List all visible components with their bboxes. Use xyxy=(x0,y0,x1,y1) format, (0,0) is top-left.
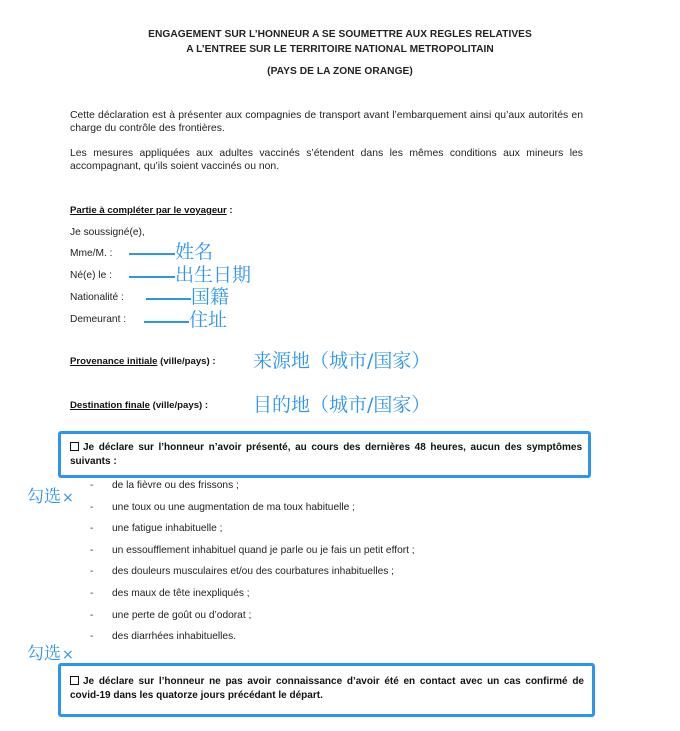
symptom-item: de la fièvre ou des frissons ; xyxy=(112,480,239,491)
intro-paragraph-1: Cette déclaration est à présenter aux co… xyxy=(70,109,583,135)
symptom-item: des diarrhées inhabituelles. xyxy=(112,631,236,642)
document-subtitle: (PAYS DE LA ZONE ORANGE) xyxy=(0,66,680,77)
birth-date-annotation[interactable]: 出生日期 xyxy=(175,264,251,286)
bullet-dash: - xyxy=(90,610,93,621)
symptoms-check-annotation: 勾选× xyxy=(27,482,74,507)
symptom-item: une fatigue inhabituelle ; xyxy=(112,523,222,534)
contact-declaration-text: Je déclare sur l’honneur ne pas avoir co… xyxy=(70,676,584,701)
traveler-section-heading: Partie à compléter par le voyageur : xyxy=(70,205,233,216)
contact-check-annotation: 勾选× xyxy=(27,639,74,664)
destination-label: Destination finale (ville/pays) : xyxy=(70,400,208,411)
check-annotation-text: 勾选 xyxy=(27,487,61,507)
nationality-annotation-line xyxy=(146,298,191,300)
birth-date-annotation-line xyxy=(129,276,175,278)
cross-icon: × xyxy=(62,647,74,663)
symptoms-declaration[interactable]: Je déclare sur l’honneur n’avoir présent… xyxy=(70,441,582,469)
symptom-item: des douleurs musculaires et/ou des courb… xyxy=(112,566,394,577)
destination-annotation[interactable]: 目的地（城市/国家） xyxy=(253,394,430,416)
symptom-item: une perte de goût ou d’odorat ; xyxy=(112,610,251,621)
symptoms-checkbox[interactable] xyxy=(70,442,79,451)
destination-label-rest: (ville/pays) : xyxy=(150,400,208,411)
name-annotation-line xyxy=(129,253,175,255)
bullet-dash: - xyxy=(90,566,93,577)
origin-label: Provenance initiale (ville/pays) : xyxy=(70,356,216,367)
origin-annotation[interactable]: 来源地（城市/国家） xyxy=(253,350,430,372)
contact-declaration[interactable]: Je déclare sur l’honneur ne pas avoir co… xyxy=(70,675,584,703)
cross-icon: × xyxy=(62,490,74,506)
destination-label-underlined: Destination finale xyxy=(70,400,150,411)
symptom-item: des maux de tête inexpliqués ; xyxy=(112,588,250,599)
check-annotation-text: 勾选 xyxy=(27,644,61,664)
bullet-dash: - xyxy=(90,523,93,534)
address-label: Demeurant : xyxy=(70,314,126,325)
heading-colon: : xyxy=(227,205,233,216)
origin-label-rest: (ville/pays) : xyxy=(157,356,215,367)
bullet-dash: - xyxy=(90,480,93,491)
birth-date-label: Né(e) le : xyxy=(70,270,112,281)
document-title-line-1: ENGAGEMENT SUR L’HONNEUR A SE SOUMETTRE … xyxy=(0,29,680,40)
contact-checkbox[interactable] xyxy=(70,676,79,685)
symptoms-declaration-text: Je déclare sur l’honneur n’avoir présent… xyxy=(70,442,582,467)
intro-paragraph-2: Les mesures appliquées aux adultes vacci… xyxy=(70,147,583,173)
name-label: Mme/M. : xyxy=(70,248,112,259)
symptom-item: un essoufflement inhabituel quand je par… xyxy=(112,545,415,556)
nationality-annotation[interactable]: 国籍 xyxy=(191,286,229,308)
symptom-item: une toux ou une augmentation de ma toux … xyxy=(112,502,355,513)
traveler-section-heading-text: Partie à compléter par le voyageur xyxy=(70,205,227,216)
undersigned-label: Je soussigné(e), xyxy=(70,227,145,238)
address-annotation[interactable]: 住址 xyxy=(189,309,227,331)
address-annotation-line xyxy=(144,321,189,323)
bullet-dash: - xyxy=(90,631,93,642)
document-title-line-2: A L’ENTREE SUR LE TERRITOIRE NATIONAL ME… xyxy=(0,44,680,55)
bullet-dash: - xyxy=(90,545,93,556)
bullet-dash: - xyxy=(90,502,93,513)
origin-label-underlined: Provenance initiale xyxy=(70,356,157,367)
nationality-label: Nationalité : xyxy=(70,292,124,303)
bullet-dash: - xyxy=(90,588,93,599)
name-annotation[interactable]: 姓名 xyxy=(175,241,213,263)
